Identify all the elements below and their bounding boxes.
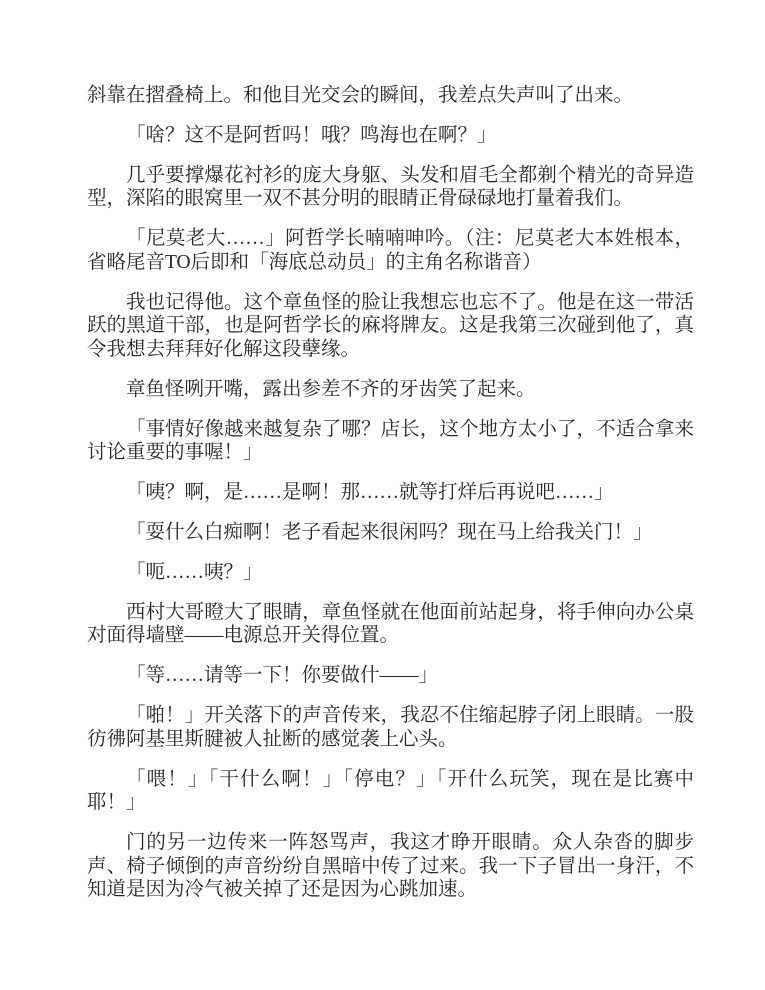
paragraph: 「等……请等一下！你要做什——」: [87, 664, 694, 687]
paragraph: 西村大哥瞪大了眼睛，章鱼怪就在他面前站起身，将手伸向办公桌对面得墙壁——电源总开…: [87, 601, 694, 648]
text-column: 斜靠在摺叠椅上。和他目光交会的瞬间，我差点失声叫了出来。「啥？这不是阿哲吗！哦？…: [87, 84, 694, 901]
document-page: 斜靠在摺叠椅上。和他目光交会的瞬间，我差点失声叫了出来。「啥？这不是阿哲吗！哦？…: [0, 0, 765, 990]
paragraph: 「呃……咦？」: [87, 561, 694, 584]
paragraph: 「啪！」开关落下的声音传来，我忍不住缩起脖子闭上眼睛。一股彷彿阿基里斯腱被人扯断…: [87, 704, 694, 751]
paragraph: 「耍什么白痴啊！老子看起来很闲吗？现在马上给我关门！」: [87, 521, 694, 544]
paragraph: 章鱼怪咧开嘴，露出参差不齐的牙齿笑了起来。: [87, 378, 694, 401]
paragraph: 几乎要撑爆花衬衫的庞大身躯、头发和眉毛全都剃个精光的奇异造型，深陷的眼窝里一双不…: [87, 164, 694, 211]
paragraph: 门的另一边传来一阵怒骂声，我这才睁开眼睛。众人杂沓的脚步声、椅子倾倒的声音纷纷自…: [87, 831, 694, 901]
paragraph: 「事情好像越来越复杂了哪？店长，这个地方太小了，不适合拿来讨论重要的事喔！」: [87, 418, 694, 465]
paragraph: 我也记得他。这个章鱼怪的脸让我想忘也忘不了。他是在这一带活跃的黑道干部，也是阿哲…: [87, 291, 694, 361]
paragraph: 「尼莫老大……」阿哲学长喃喃呻吟。（注：尼莫老大本姓根本，省略尾音TO后即和「海…: [87, 227, 694, 274]
paragraph: 「啥？这不是阿哲吗！哦？鸣海也在啊？」: [87, 124, 694, 147]
paragraph: 「咦？啊，是……是啊！那……就等打烊后再说吧……」: [87, 481, 694, 504]
paragraph: 「喂！」「干什么啊！」「停电？」「开什么玩笑，现在是比赛中耶！」: [87, 768, 694, 815]
paragraph: 斜靠在摺叠椅上。和他目光交会的瞬间，我差点失声叫了出来。: [87, 84, 694, 107]
